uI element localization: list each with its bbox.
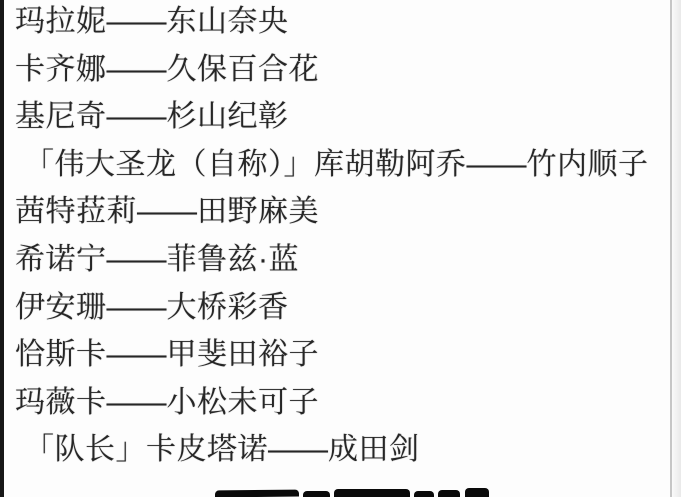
clipped-subtitle-fragment [334, 489, 410, 497]
cast-line: 卡齐娜——久保百合花 [0, 46, 668, 94]
separator-dash: —— [107, 53, 167, 86]
actor-name: 竹内顺子 [527, 148, 649, 181]
actor-name: 菲鲁兹·蓝 [167, 243, 300, 276]
character-name: 恰斯卡 [15, 338, 107, 371]
cast-line: 「队长」卡皮塔诺——成田剑 [0, 426, 668, 474]
character-name: 希诺宁 [15, 243, 107, 276]
screenshot-root: 玛拉妮——东山奈央卡齐娜——久保百合花基尼奇——杉山纪彰「伟大圣龙（自称）」库胡… [0, 0, 681, 497]
clipped-subtitle-fragment [414, 491, 434, 497]
actor-name: 成田剑 [328, 433, 420, 466]
bottom-clipped-subtitle [0, 485, 681, 497]
actor-name: 杉山纪彰 [167, 100, 289, 133]
character-name: 玛拉妮 [15, 5, 107, 38]
clipped-subtitle-fragment [215, 490, 299, 497]
actor-name: 小松未可子 [167, 386, 320, 419]
actor-name: 田野麻美 [197, 195, 319, 228]
cast-line: 基尼奇——杉山纪彰 [0, 93, 668, 141]
character-name: 玛薇卡 [15, 386, 107, 419]
separator-dash: —— [107, 5, 167, 38]
separator-dash: —— [467, 148, 527, 181]
cast-line: 玛拉妮——东山奈央 [0, 0, 668, 46]
actor-name: 东山奈央 [167, 5, 289, 38]
actor-name: 甲斐田裕子 [167, 338, 320, 371]
cast-line: 伊安珊——大桥彩香 [0, 284, 668, 332]
separator-dash: —— [107, 338, 167, 371]
cast-line: 「伟大圣龙（自称）」库胡勒阿乔——竹内顺子 [0, 141, 668, 189]
clipped-subtitle-fragment [465, 488, 489, 497]
cast-list: 玛拉妮——东山奈央卡齐娜——久保百合花基尼奇——杉山纪彰「伟大圣龙（自称）」库胡… [0, 0, 668, 474]
actor-name: 久保百合花 [167, 53, 320, 86]
character-name: 基尼奇 [15, 100, 107, 133]
separator-dash: —— [107, 386, 167, 419]
cast-line: 希诺宁——菲鲁兹·蓝 [0, 236, 668, 284]
separator-dash: —— [107, 243, 167, 276]
separator-dash: —— [107, 291, 167, 324]
cast-line: 恰斯卡——甲斐田裕子 [0, 331, 668, 379]
separator-dash: —— [107, 100, 167, 133]
separator-dash: —— [137, 195, 197, 228]
character-name: 卡齐娜 [15, 53, 107, 86]
character-name: 茜特菈莉 [15, 195, 137, 228]
character-name: 伊安珊 [15, 291, 107, 324]
cast-line: 玛薇卡——小松未可子 [0, 379, 668, 427]
left-edge-bar [0, 0, 4, 497]
clipped-subtitle-fragment [303, 491, 330, 497]
right-margin-strip [672, 0, 681, 497]
character-name: 「伟大圣龙（自称）」库胡勒阿乔 [24, 148, 467, 181]
character-name: 「队长」卡皮塔诺 [24, 433, 268, 466]
actor-name: 大桥彩香 [167, 291, 289, 324]
cast-line: 茜特菈莉——田野麻美 [0, 188, 668, 236]
separator-dash: —— [268, 433, 328, 466]
clipped-subtitle-fragment [438, 490, 460, 497]
